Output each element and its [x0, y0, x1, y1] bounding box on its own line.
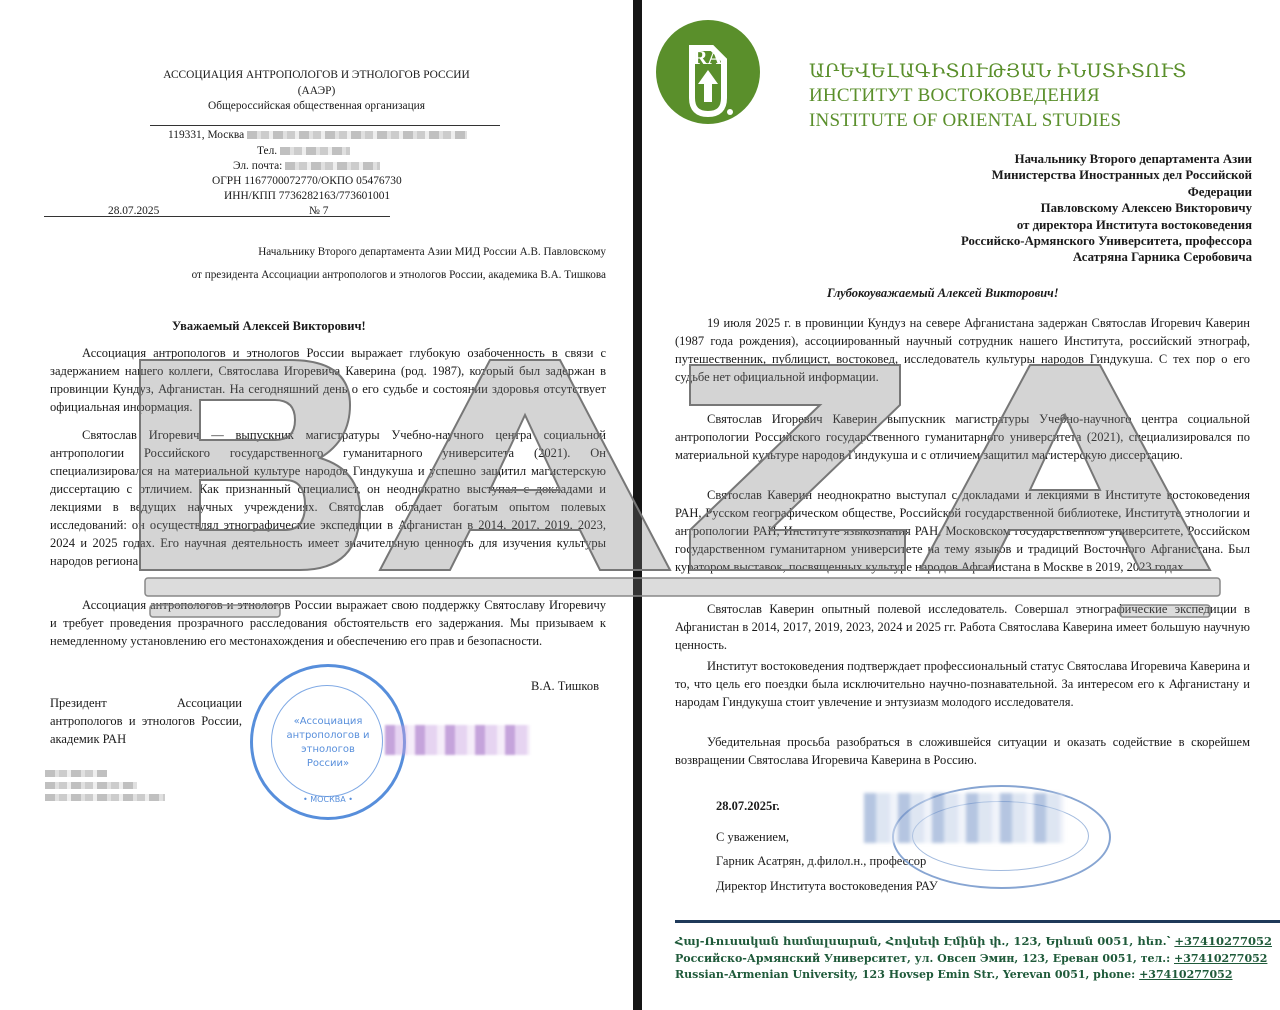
right-paragraph-1: 19 июля 2025 г. в провинции Кундуз на се…	[675, 314, 1250, 386]
signer-title: Президент Ассоциации антропологов и этно…	[50, 694, 242, 748]
footer-rule	[675, 920, 1280, 923]
salutation: Уважаемый Алексей Викторович!	[172, 317, 366, 335]
addressee-block: Начальнику Второго департамента Азии Мин…	[961, 151, 1252, 266]
right-paragraph-4: Святослав Каверин опытный полевой исслед…	[675, 600, 1250, 654]
footer-phone-link[interactable]: +37410277052	[1174, 934, 1272, 948]
rau-logo: RA	[656, 20, 760, 124]
addressee-line: Федерации	[961, 184, 1252, 200]
right-paragraph-6: Убедительная просьба разобраться в сложи…	[675, 733, 1250, 769]
sender: от президента Ассоциации антропологов и …	[192, 266, 606, 284]
right-paragraph-3: Святослав Каверин неоднократно выступал …	[675, 486, 1250, 576]
phone-label: Тел.	[257, 145, 277, 157]
date-rule	[44, 216, 390, 217]
footer-armenian: Հայ-Ռուսական համալսարան, Հովսեփ Էմինի փ.…	[675, 934, 1272, 948]
redacted-signature	[385, 725, 530, 755]
addressee-line: Министерства Иностранных дел Российской	[961, 167, 1252, 183]
institute-name-armenian: ԱՐԵՎԵԼԱԳԻՏՈՒԹՅԱՆ ԻՆՍՏԻՏՈՒՏ	[809, 60, 1187, 83]
footer-english: Russian-Armenian University, 123 Hovsep …	[675, 968, 1233, 981]
paragraph-2: Святослав Игоревич — выпускник магистрат…	[50, 426, 606, 570]
org-type: Общероссийская общественная организация	[0, 98, 633, 114]
right-signer-name: Гарник Асатрян, д.филол.н., профессор	[716, 852, 926, 870]
redacted-address	[247, 131, 467, 139]
recipient: Начальнику Второго департамента Азии МИД…	[258, 243, 606, 261]
closing: С уважением,	[716, 828, 789, 846]
institute-name-russian: ИНСТИТУТ ВОСТОКОВЕДЕНИЯ	[809, 85, 1100, 107]
right-paragraph-5: Институт востоковедения подтверждает про…	[675, 657, 1250, 711]
letter-number: № 7	[309, 202, 328, 220]
redacted-signature-right	[864, 793, 1064, 843]
redacted-phone	[280, 147, 350, 155]
svg-text:RA: RA	[693, 47, 722, 69]
addressee-line: Павловскому Алексею Викторовичу	[961, 200, 1252, 216]
addressee-line: Российско-Армянского Университета, профе…	[961, 233, 1252, 249]
rau-logo-icon: RA	[656, 20, 760, 124]
right-paragraph-2: Святослав Игоревич Каверин выпускник маг…	[675, 410, 1250, 464]
inn: ИНН/КПП 7736282163/773601001	[224, 187, 390, 205]
right-letter-page: RA ԱՐԵՎԵԼԱԳԻՏՈՒԹՅԱՆ ԻՆՍՏԻՏՈՒՏ ИНСТИТУТ В…	[642, 0, 1280, 1010]
stamp-center-text: «Ассоциация антропологов и этнологов Рос…	[283, 715, 373, 771]
redacted-email	[285, 162, 380, 170]
addressee-line: Асатряна Гарника Серобовича	[961, 249, 1252, 265]
page-divider	[633, 0, 642, 1010]
addressee-line: от директора Института востоковедения	[961, 217, 1252, 233]
paragraph-3: Ассоциация антропологов и этнологов Росс…	[50, 596, 606, 650]
email-label: Эл. почта:	[233, 160, 282, 172]
org-name: АССОЦИАЦИЯ АНТРОПОЛОГОВ И ЭТНОЛОГОВ РОСС…	[0, 67, 633, 83]
footer-phone-link[interactable]: +37410277052	[1174, 952, 1267, 965]
redacted-contacts	[45, 770, 165, 801]
right-date: 28.07.2025г.	[716, 797, 780, 815]
left-letter-page: АССОЦИАЦИЯ АНТРОПОЛОГОВ И ЭТНОЛОГОВ РОСС…	[0, 0, 633, 1010]
footer-phone-link[interactable]: +37410277052	[1139, 968, 1232, 981]
stamp-city-text: • МОСКВА •	[288, 795, 368, 804]
footer-russian: Российско-Армянский Университет, ул. Овс…	[675, 952, 1267, 965]
association-stamp: «Ассоциация антропологов и этнологов Рос…	[250, 664, 406, 820]
addressee-line: Начальнику Второго департамента Азии	[961, 151, 1252, 167]
signer-name: В.А. Тишков	[531, 677, 599, 695]
letter-date: 28.07.2025	[108, 202, 159, 220]
institute-name-english: INSTITUTE OF ORIENTAL STUDIES	[809, 110, 1121, 132]
right-signer-title: Директор Института востоковедения РАУ	[716, 877, 938, 895]
paragraph-1: Ассоциация антропологов и этнологов Росс…	[50, 344, 606, 416]
address-label: 119331, Москва	[168, 129, 244, 141]
salutation-right: Глубокоуважаемый Алексей Викторович!	[827, 284, 1059, 302]
org-abbr: (ААЭР)	[0, 83, 633, 99]
